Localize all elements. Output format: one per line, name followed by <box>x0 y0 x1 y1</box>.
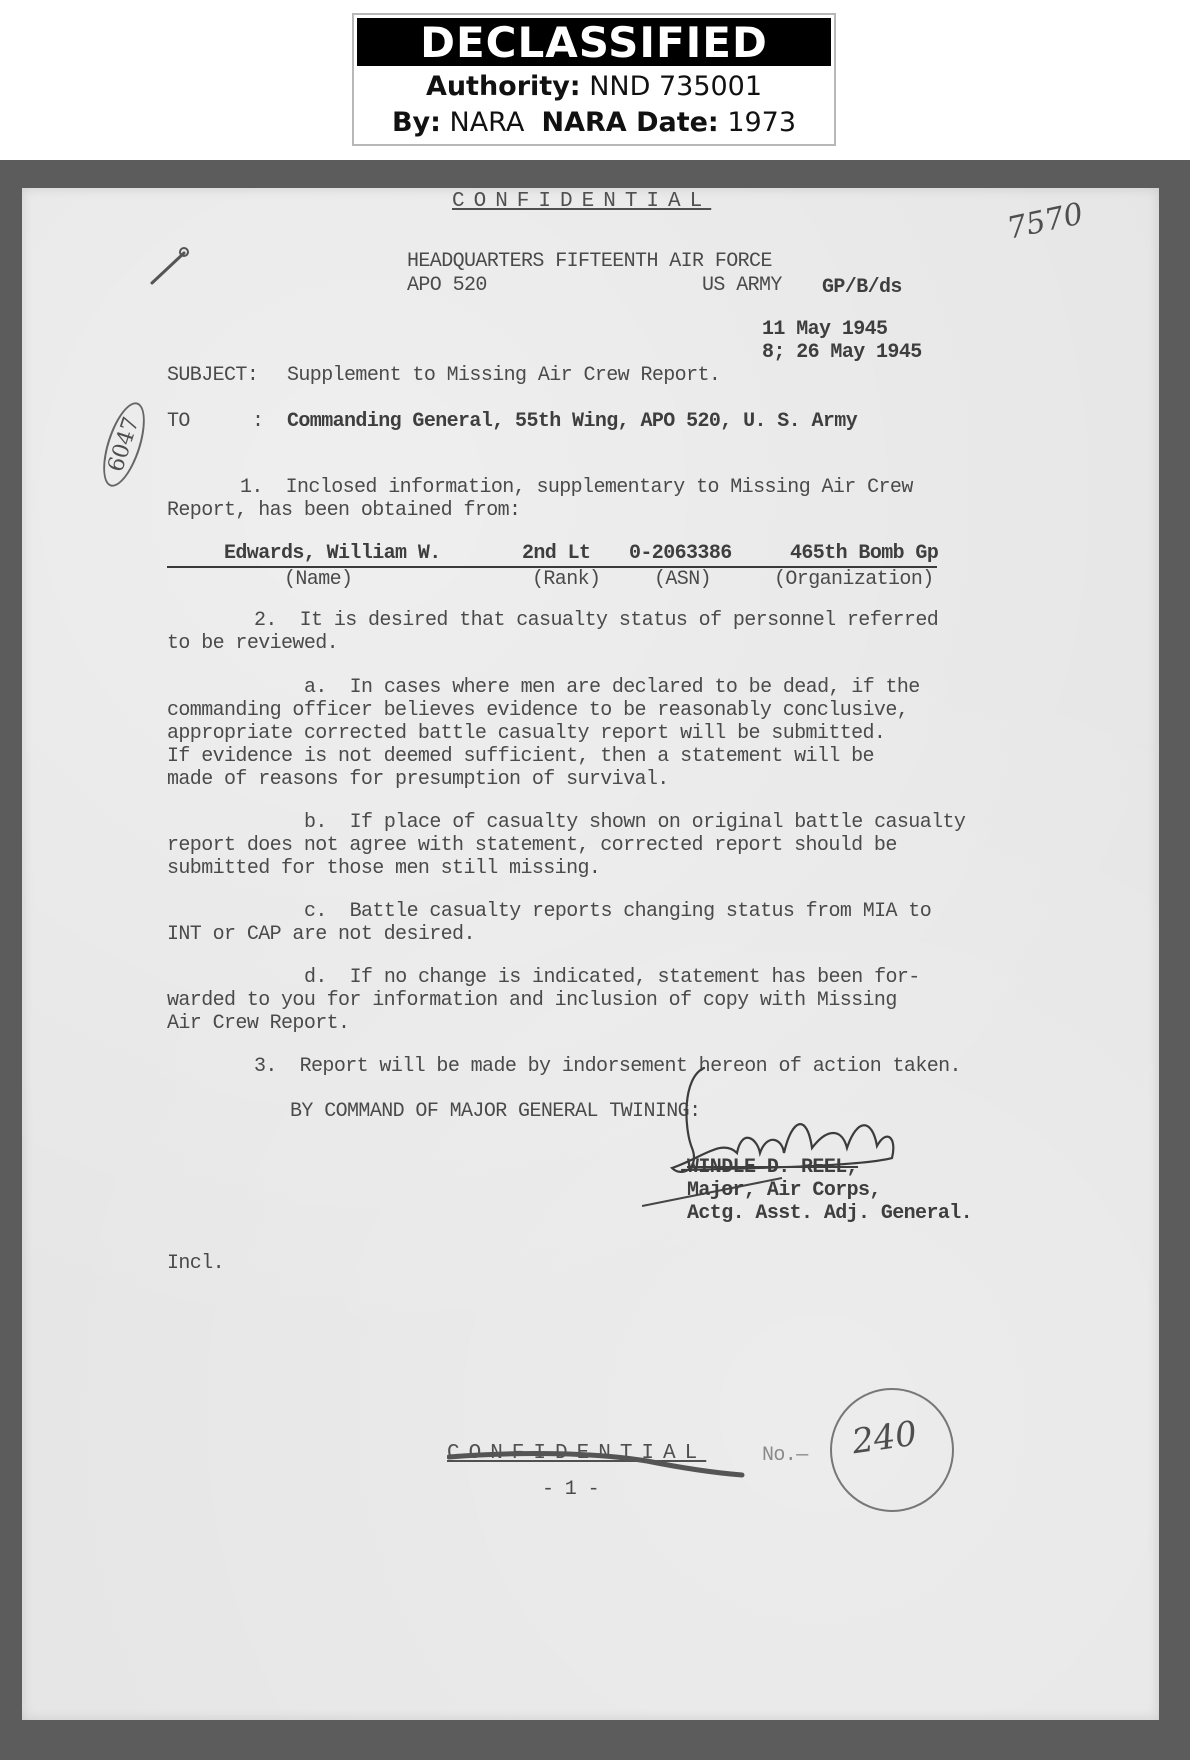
para1-line1: 1. Inclosed information, supplementary t… <box>240 476 913 500</box>
para-a-line1: a. In cases where men are declared to be… <box>304 676 920 700</box>
header-apo: APO 520 <box>407 274 487 298</box>
para2-line2: to be reviewed. <box>167 632 338 656</box>
para-c-line2: INT or CAP are not desired. <box>167 923 475 947</box>
header-ref: GP/B/ds <box>822 276 902 300</box>
label-organization: (Organization) <box>774 568 934 592</box>
para-a-line3: appropriate corrected battle casualty re… <box>167 722 885 746</box>
scanned-page-frame: CONFIDENTIAL 7570 HEADQUARTERS FIFTEENTH… <box>0 160 1190 1760</box>
label-asn: (ASN) <box>654 568 711 592</box>
signatory-rank: Major, Air Corps, <box>687 1179 881 1203</box>
signatory-name: WINDLE D. REEL, <box>687 1156 858 1180</box>
para-a-line5: made of reasons for presumption of survi… <box>167 768 669 792</box>
stamp-by-date: By: NARA NARA Date: 1973 <box>354 107 834 138</box>
command-line: BY COMMAND OF MAJOR GENERAL TWINING: <box>290 1100 700 1124</box>
to-label: TO <box>167 410 190 434</box>
para-d-line2: warded to you for information and inclus… <box>167 989 897 1013</box>
page-number: - 1 - <box>542 1478 599 1502</box>
ink-mark <box>122 228 202 288</box>
para-c-line1: c. Battle casualty reports changing stat… <box>304 900 931 924</box>
handwritten-circled-number: 6047 <box>95 398 154 492</box>
para-b-line3: submitted for those men still missing. <box>167 857 600 881</box>
para-d-line3: Air Crew Report. <box>167 1012 349 1036</box>
person-rank: 2nd Lt <box>522 542 590 566</box>
to-separator: : <box>252 410 263 434</box>
handwritten-number-top: 7570 <box>1004 196 1086 246</box>
person-asn: 0-2063386 <box>629 542 732 566</box>
subject-text: Supplement to Missing Air Crew Report. <box>287 364 720 388</box>
para-a-line2: commanding officer believes evidence to … <box>167 699 908 723</box>
signatory-title: Actg. Asst. Adj. General. <box>687 1202 972 1226</box>
document-page: CONFIDENTIAL 7570 HEADQUARTERS FIFTEENTH… <box>22 188 1159 1720</box>
header-army: US ARMY <box>702 274 782 298</box>
declassified-stamp: DECLASSIFIED Authority: NND 735001 By: N… <box>352 13 836 146</box>
to-text: Commanding General, 55th Wing, APO 520, … <box>287 410 857 434</box>
para-b-line1: b. If place of casualty shown on origina… <box>304 811 965 835</box>
label-rank: (Rank) <box>532 568 600 592</box>
para2-line1: 2. It is desired that casualty status of… <box>254 609 938 633</box>
date-1: 11 May 1945 <box>762 318 887 342</box>
para-b-line2: report does not agree with statement, co… <box>167 834 897 858</box>
label-name: (Name) <box>284 568 352 592</box>
subject-label: SUBJECT: <box>167 364 258 388</box>
para1-line2: Report, has been obtained from: <box>167 499 520 523</box>
stamp-authority: Authority: NND 735001 <box>354 71 834 102</box>
para-a-line4: If evidence is not deemed sufficient, th… <box>167 745 874 769</box>
para-d-line1: d. If no change is indicated, statement … <box>304 966 920 990</box>
classification-top: CONFIDENTIAL <box>452 190 711 214</box>
date-2: 8; 26 May 1945 <box>762 341 922 365</box>
number-label: No.— <box>762 1444 808 1468</box>
header-org: HEADQUARTERS FIFTEENTH AIR FORCE <box>407 250 772 274</box>
inclosure-note: Incl. <box>167 1252 224 1276</box>
stamp-title: DECLASSIFIED <box>357 18 831 66</box>
person-organization: 465th Bomb Gp <box>790 542 938 566</box>
person-name: Edwards, William W. <box>224 542 441 566</box>
strike-through-mark <box>447 1443 747 1483</box>
